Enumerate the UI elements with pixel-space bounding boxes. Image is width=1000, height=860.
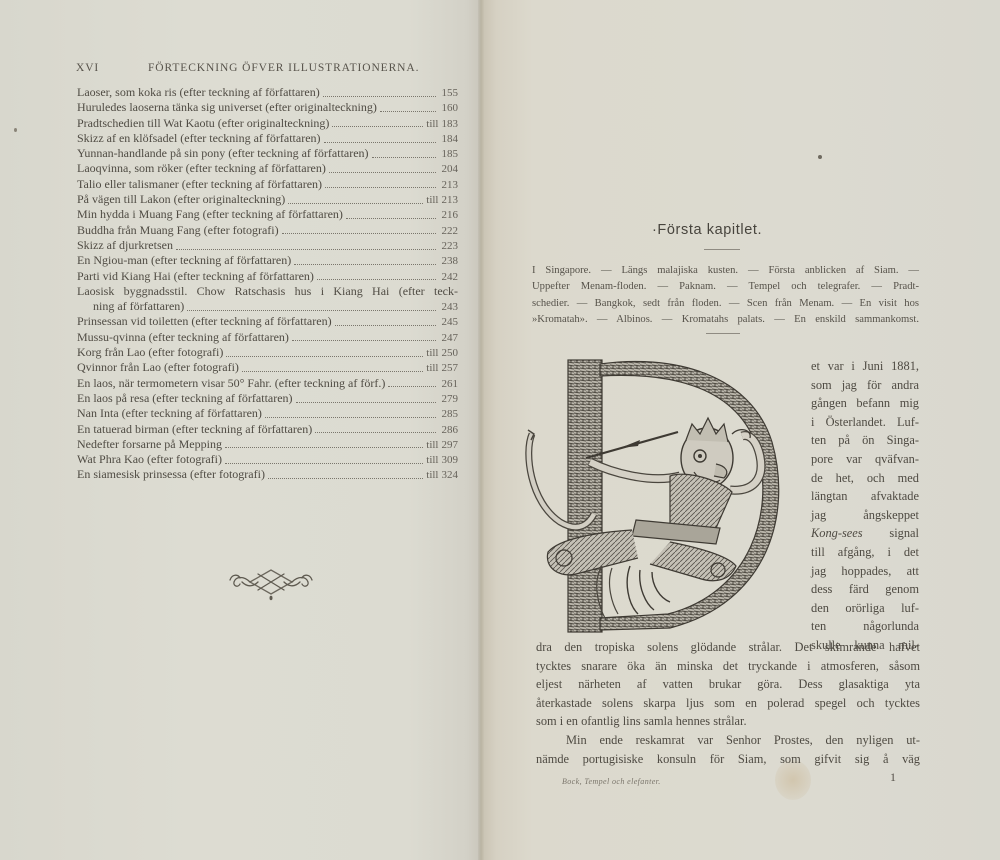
leader-dots <box>346 209 436 219</box>
toc-entry: En siamesisk prinsessa (efter fotografi)… <box>77 467 458 482</box>
toc-entry: Prinsessan vid toiletten (efter teckning… <box>77 314 458 329</box>
toc-entry: En tatuerad birman (efter teckning af fö… <box>77 422 458 437</box>
leader-dots <box>388 377 435 387</box>
leader-dots <box>226 347 423 357</box>
italic-ship-name-line: Kong-sees signal <box>811 524 919 543</box>
leader-dots <box>225 438 423 448</box>
leader-dots <box>324 133 436 143</box>
running-head-title: FÖRTECKNING ÖFVER ILLUSTRATIONERNA. <box>148 62 419 74</box>
toc-entry: Nedefter forsarne på Meppingtill297 <box>77 437 458 452</box>
toc-entry: Korg från Lao (efter fotografi)till250 <box>77 345 458 360</box>
toc-entry: Buddha från Muang Fang (efter fotografi)… <box>77 223 458 238</box>
toc-entry: Talio eller talismaner (efter teckning a… <box>77 177 458 192</box>
scroll-ornament-icon <box>228 566 314 602</box>
summary-rule <box>706 333 740 334</box>
leader-dots <box>296 393 436 403</box>
leader-dots <box>332 117 423 127</box>
signature-mark: Bock, Tempel och elefanter. <box>562 777 661 786</box>
toc-entry: Laoser, som koka ris (efter teckning af … <box>77 85 458 100</box>
leader-dots <box>335 316 436 326</box>
page-folio: XVI <box>76 62 99 74</box>
toc-entry: En laos på resa (efter teckning af förfa… <box>77 391 458 406</box>
leader-dots <box>372 148 436 158</box>
toc-entry: Min hydda i Muang Fang (efter teckning a… <box>77 207 458 222</box>
leader-dots <box>292 331 436 341</box>
leader-dots <box>288 194 423 204</box>
leader-dots <box>242 362 423 372</box>
leader-dots <box>187 301 435 311</box>
toc-entry: På vägen till Lakon (efter originalteckn… <box>77 192 458 207</box>
toc-entry: En laos, när termometern visar 50° Fahr.… <box>77 376 458 391</box>
toc-entry: Yunnan-handlande på sin pony (efter teck… <box>77 146 458 161</box>
toc-entry: Laosisk byggnadsstil. Chow Ratschasis hu… <box>77 284 458 299</box>
toc-entry: Wat Phra Kao (efter fotografi)till309 <box>77 452 458 467</box>
chapter-summary: I Singapore. — Längs malajiska kusten. —… <box>532 263 919 328</box>
leader-dots <box>325 178 435 188</box>
toc-entry: Mussu-qvinna (efter teckning af författa… <box>77 330 458 345</box>
leader-dots <box>380 102 436 112</box>
leader-dots <box>317 270 436 280</box>
toc-entry: Parti vid Kiang Hai (efter teckning af f… <box>77 269 458 284</box>
toc-entry-continuation: ning af författaren)243 <box>77 299 458 314</box>
toc-entry: Laoqvinna, som röker (efter teckning af … <box>77 161 458 176</box>
leader-dots <box>294 255 435 265</box>
toc-entry: Qvinnor från Lao (efter fotografi)till25… <box>77 360 458 375</box>
toc-entry: Huruledes laoserna tänka sig universet (… <box>77 100 458 115</box>
decorated-initial-d-illustration <box>520 352 792 636</box>
book-gutter <box>478 0 484 860</box>
toc-entry: Skizz af djurkretsen223 <box>77 238 458 253</box>
page-number: 1 <box>890 770 896 785</box>
illustrations-list: Laoser, som koka ris (efter teckning af … <box>77 85 458 483</box>
leader-dots <box>323 87 436 97</box>
body-text: dra den tropiska solens glödande strålar… <box>536 638 920 768</box>
leader-dots <box>225 454 423 464</box>
toc-entry: Skizz af en klöfsadel (efter teckning af… <box>77 131 458 146</box>
leader-dots <box>282 224 436 234</box>
toc-entry: Pradtschedien till Wat Kaotu (efter orig… <box>77 116 458 131</box>
title-rule <box>704 249 740 250</box>
leader-dots <box>176 240 436 250</box>
leader-dots <box>265 408 436 418</box>
toc-entry: Nan Inta (efter teckning af författaren)… <box>77 406 458 421</box>
leader-dots <box>315 423 435 433</box>
book-spread: XVI FÖRTECKNING ÖFVER ILLUSTRATIONERNA. … <box>0 0 1000 860</box>
wrapped-opening-text: et var i Juni 1881, som jag för andra gå… <box>811 357 919 655</box>
toc-entry: En Ngiou-man (efter teckning af författa… <box>77 253 458 268</box>
chapter-title: ·Första kapitlet. <box>652 222 762 238</box>
leader-dots <box>268 469 423 479</box>
leader-dots <box>329 163 436 173</box>
